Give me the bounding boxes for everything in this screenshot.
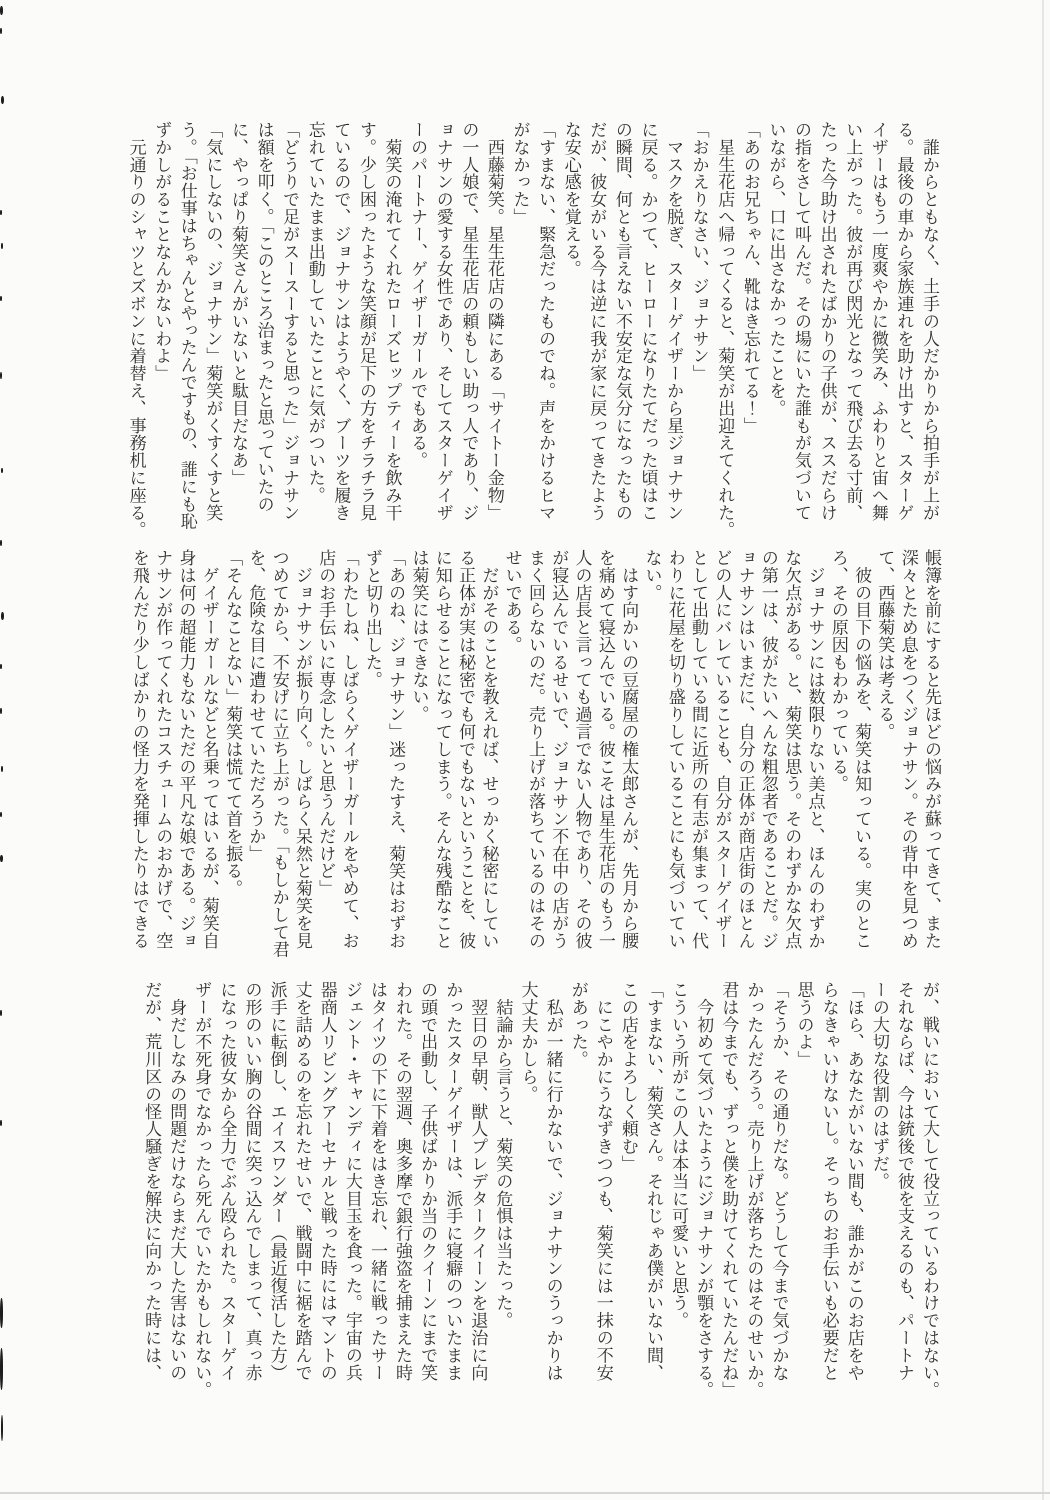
scan-speck [0,540,2,546]
text-column: はす向かいの豆腐屋の権太郎さんが、先月から腰 [620,549,637,957]
text-block-top: 誰からともなく、土手の人だかりから拍手が上がる。最後の車から家族連れを助け出すと… [128,121,938,535]
text-column: いながら、口に出さなかったことを。 [767,121,784,535]
text-column: ョナサンはいまだに、自分の正体が商店街のほとん [737,549,754,957]
text-column: 「気にしないの、ジョナサン」菊笑がくすくすと笑 [204,121,221,535]
text-column: たった今助け出されたばかりの子供が、ススだらけ [819,121,836,535]
text-column: 身は何の超能力もないただの平凡な娘である。ジョ [178,549,195,957]
text-column: 身だしなみの問題だけならまだ大した害はないの [168,981,185,1401]
text-column: だが、彼女がいる今は逆に我が家に戻ってきたよう [588,121,605,535]
text-column: 店のお手伝いに専念したいと思うんだけど」 [317,549,334,957]
text-block-bottom: が、戦いにおいて大して役立っているわけではない。それならば、今は銃後で彼を支える… [143,981,938,1401]
text-column: 私が一緒に行かないで、ジョナサンのうっかりは [545,981,562,1401]
text-column: 丈を詰めるのを忘れたせいで、戦闘中に裾を踏んで [294,981,311,1401]
text-column: ナサンが作ってくれたコスチュームのおかげで、空 [154,549,171,957]
text-column: ーのパートナー、ゲイザーガールでもある。 [409,121,426,535]
text-column: の一人娘で、星生花店の頼もしい助っ人であり、ジ [460,121,477,535]
text-column: 「あのね、ジョナサン」迷ったすえ、菊笑はおずお [387,549,404,957]
text-column: う。「お仕事はちゃんとやったんですもの、誰にも恥 [179,121,196,535]
scan-right-edge-line [1042,0,1044,1500]
text-column: ゲイザーガールなどと名乗ってはいるが、菊笑自 [201,549,218,957]
scan-bottom-edge-line [0,1492,1050,1494]
text-column: かったスターゲイザーは、派手に寝癖のついたまま [444,981,461,1401]
text-column: の頭で出動し、子供ばかりか当のクイーンにまで笑 [419,981,436,1401]
text-column: ジョナサンが振り向く。しばらく呆然と菊笑を見 [294,549,311,957]
text-column: る。最後の車から家族連れを助け出すと、スターゲ [895,121,912,535]
text-column: ているので、ジョナサンはようやく、ブーツを履き [332,121,349,535]
text-column: それならば、今は銃後で彼を支えるのも、パートナ [896,981,913,1401]
text-column: ョナサンの愛する女性であり、そしてスターゲイザ [435,121,452,535]
text-column: の形のいい胸の谷間に突っ込んでしまって、真っ赤 [243,981,260,1401]
text-column: す。少し困ったような笑顔が足下の方をチラチラ見 [358,121,375,535]
scan-speck [0,372,2,379]
text-column: マスクを脱ぎ、スターゲイザーから星ジョナサン [665,121,682,535]
text-column: 菊笑の淹れてくれたローズヒップティーを飲み干 [384,121,401,535]
text-column: 人の店長と言っても過言でない人物であり、その彼 [574,549,591,957]
text-column: ずと切り出した。 [364,549,381,957]
text-column: 星生花店へ帰ってくると、菊笑が出迎えてくれた。 [716,121,733,535]
scanned-novel-page: 誰からともなく、土手の人だかりから拍手が上がる。最後の車から家族連れを助け出すと… [0,0,1050,1500]
text-column: い上がった。彼が再び閃光となって飛び去る寸前、 [844,121,861,535]
text-column: ろ、その原因もわかっている。 [830,549,847,957]
text-column: を痛めて寝込んでいる。彼こそは星生花店のもう一 [597,549,614,957]
text-column: ジェント・キャンディに大目玉を食った。宇宙の兵 [344,981,361,1401]
scan-speck [0,296,2,301]
text-column: どの人にバレていることも、自分がスターゲイザー [713,549,730,957]
text-column: つめてから、不安げに立ち上がった。「もしかして君 [271,549,288,957]
scan-speck [1,612,4,620]
text-column: 「わたしね、しばらくゲイザーガールをやめて、お [341,549,358,957]
text-column: に戻る。かつて、ヒーローになりたてだった頃はこ [639,121,656,535]
scan-speck [0,6,3,15]
text-column: ない。 [643,549,660,957]
text-column: わりに花屋を切り盛りしていることにも気づいてい [667,549,684,957]
scan-speck [1,96,4,104]
text-column: だが、荒川区の怪人騒ぎを解決に向かった時には、 [143,981,160,1401]
scan-streak [0,1298,3,1328]
text-column: ジョナサンには数限りない美点と、ほんのわずか [807,549,824,957]
text-column: 西藤菊笑。星生花店の隣にある「サイトー金物」 [486,121,503,535]
scan-streak [0,1348,3,1390]
text-column: 「そんなことない」菊笑は慌てて首を振る。 [224,549,241,957]
text-column: に、やっぱり菊笑さんがいないと駄目だなあ」 [230,121,247,535]
text-column: ーの大切な役割のはずだ。 [871,981,888,1401]
text-column: せいである。 [504,549,521,957]
text-column: 「どうりで足がスースーすると思った」ジョナサン [281,121,298,535]
text-column: な欠点がある。と、菊笑は思う。そのわずかな欠点 [783,549,800,957]
text-column: 誰からともなく、土手の人だかりから拍手が上が [921,121,938,535]
text-column: 「おかえりなさい、ジョナサン」 [691,121,708,535]
text-column: 「すまない、菊笑さん。それじゃあ僕がいない間、 [645,981,662,1401]
text-column: まく回らないのだ。売り上げが落ちているのはその [527,549,544,957]
text-column: は菊笑にはできない。 [410,549,427,957]
text-column: 「すまない、緊急だったものでね。声をかけるヒマ [537,121,554,535]
scan-speck [0,708,2,714]
text-column: 思うのよ」 [796,981,813,1401]
scan-speck [0,1120,2,1126]
scan-speck [1,243,3,249]
text-column: 「そうか、その通りだな。どうして今まで気づかな [770,981,787,1401]
text-column: 元通りのシャツとズボンに着替え、事務机に座る。 [128,121,145,535]
text-block-middle: 帳簿を前にすると先ほどの悩みが蘇ってきて、また深々とため息をつくジョナサン。その… [131,549,940,957]
text-column: な安心感を覚える。 [563,121,580,535]
text-column: だがそのことを教えれば、せっかく秘密にしてい [480,549,497,957]
text-column: はタイツの下に下着をはき忘れ、一緒に戦ったサー [369,981,386,1401]
text-column: この店をよろしく頼む」 [620,981,637,1401]
text-column: に知らせることになってしまう。そんな残酷なこと [434,549,451,957]
scan-speck [1,766,3,772]
text-column: を飛んだり少しばかりの怪力を発揮したりはできる [131,549,148,957]
text-column: が寝込んでいるせいで、ジョナサン不在中の店がう [550,549,567,957]
scan-speck [1,468,3,473]
text-column: の第一は、彼がたいへんな粗忽者であることだ。ジ [760,549,777,957]
text-column: の瞬間、何とも言えない不安定な気分になったもの [614,121,631,535]
text-column: 忘れていたまま出動していたことに気がついた。 [307,121,324,535]
text-column: 「あのお兄ちゃん、靴はき忘れてる！」 [742,121,759,535]
text-column: かったんだろう。売り上げが落ちたのはそのせいか。 [745,981,762,1401]
text-column: 帳簿を前にすると先ほどの悩みが蘇ってきて、また [923,549,940,957]
text-column: 大丈夫かしら。 [520,981,537,1401]
text-column: にこやかにうなずきつつも、菊笑には一抹の不安 [595,981,612,1401]
scan-speck [0,210,2,215]
text-column: は額を叩く。「このところ治まったと思っていたの [256,121,273,535]
text-column: こういう所がこの人は本当に可愛いと思う。 [670,981,687,1401]
text-column: 深々とため息をつくジョナサン。その背中を見つめ [900,549,917,957]
text-column: ずかしがることなんかないわよ」 [153,121,170,535]
text-column: の指をさして叫んだ。その場にいた誰もが気づいて [793,121,810,535]
text-column: 器商人リビングアーセナルと戦った時にはマントの [319,981,336,1401]
text-column: になった彼女から全力でぶん殴られた。スターゲイ [218,981,235,1401]
text-column: われた。その翌週、奥多摩で銀行強盗を捕まえた時 [394,981,411,1401]
text-column: 結論から言うと、菊笑の危惧は当たった。 [494,981,511,1401]
text-column: 「ほら、あなたがいない間も、誰かがこのお店をや [846,981,863,1401]
text-column: があった。 [570,981,587,1401]
text-column: 彼の目下の悩みを、菊笑は知っている。実のとこ [853,549,870,957]
scan-speck [0,28,2,34]
text-column: 今初めて気づいたようにジョナサンが顎をさする。 [695,981,712,1401]
text-column: 派手に転倒し、エイスワンダー（最近復活した方） [269,981,286,1401]
scan-speck [0,1010,2,1016]
scan-streak [1,1415,3,1441]
text-column: がなかった」 [512,121,529,535]
text-column: ザーが不死身でなかったら死んでいたかもしれない。 [193,981,210,1401]
scan-speck [0,664,2,669]
scan-speck [0,812,2,817]
text-column: イザーはもう一度爽やかに微笑み、ふわりと宙へ舞 [870,121,887,535]
scan-speck [0,855,3,862]
text-column: 翌日の早朝、獣人プレデタークイーンを退治に向 [469,981,486,1401]
text-column: る正体が実は秘密でも何でもないということを、彼 [457,549,474,957]
text-column: て、西藤菊笑は考える。 [876,549,893,957]
text-column: を、危険な目に遭わせていただろうか」 [247,549,264,957]
text-column: が、戦いにおいて大して役立っているわけではない。 [921,981,938,1401]
text-column: として出動している間に近所の有志が集まって、代 [690,549,707,957]
text-column: らなきゃいけないし。そっちのお手伝いも必要だと [821,981,838,1401]
text-column: 君は今までも、ずっと僕を助けてくれていたんだね」 [720,981,737,1401]
